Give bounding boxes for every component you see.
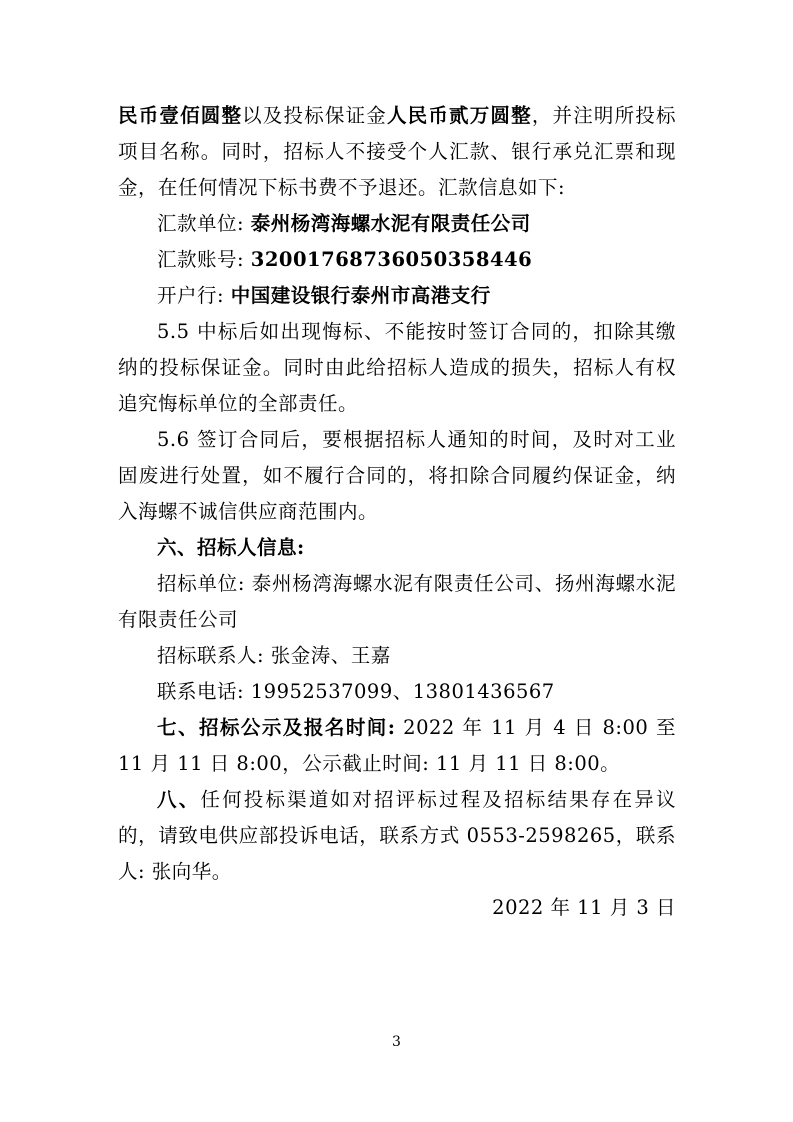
tender-contacts-text: 招标联系人: 张金涛、王嘉: [157, 644, 391, 667]
page-number: 3: [0, 1034, 793, 1050]
bank-value: 中国建设银行泰州市高港支行: [231, 284, 491, 307]
para-contact-phones: 联系电话: 19952537099、13801436567: [118, 674, 676, 710]
clause-5-5-text: 5.5 中标后如出现悔标、不能按时签订合同的，扣除其缴纳的投标保证金。同时由此给…: [118, 320, 676, 415]
clause-5-6-text: 5.6 签订合同后，要根据招标人通知的时间，及时对工业固废进行处置，如不履行合同…: [118, 428, 676, 523]
date-line: 2022 年 11 月 3 日: [118, 890, 676, 926]
bank-label: 开户行:: [157, 284, 231, 307]
document-page: 民币壹佰圆整以及投标保证金人民币贰万圆整，并注明所投标项目名称。同时，招标人不接…: [0, 0, 793, 1122]
para-tender-contacts: 招标联系人: 张金涛、王嘉: [118, 638, 676, 674]
section-7-heading-text: 七、招标公示及报名时间:: [157, 716, 395, 739]
remit-account-label: 汇款账号:: [157, 248, 251, 271]
contact-phones-text: 联系电话: 19952537099、13801436567: [157, 680, 555, 703]
section-6-heading-text: 六、招标人信息:: [157, 536, 305, 559]
bold-doc-fee-amount: 民币壹佰圆整: [118, 104, 242, 127]
para-tender-units: 招标单位: 泰州杨湾海螺水泥有限责任公司、扬州海螺水泥有限责任公司: [118, 566, 676, 638]
para-bank: 开户行: 中国建设银行泰州市高港支行: [118, 278, 676, 314]
para-clause-5-5: 5.5 中标后如出现悔标、不能按时签订合同的，扣除其缴纳的投标保证金。同时由此给…: [118, 314, 676, 422]
paragraph-payment-note: 民币壹佰圆整以及投标保证金人民币贰万圆整，并注明所投标项目名称。同时，招标人不接…: [118, 98, 676, 206]
remit-unit-label: 汇款单位:: [157, 212, 251, 235]
bold-bid-bond-amount: 人民币贰万圆整: [387, 104, 532, 127]
section-8-heading-text: 八、: [157, 788, 200, 811]
heading-section-6: 六、招标人信息:: [118, 530, 676, 566]
remit-account-value: 32001768736050358446: [251, 248, 532, 271]
text-segment: 以及投标保证金: [242, 104, 387, 127]
remit-unit-value: 泰州杨湾海螺水泥有限责任公司: [251, 212, 531, 235]
para-remit-account: 汇款账号: 32001768736050358446: [118, 242, 676, 278]
para-remit-unit: 汇款单位: 泰州杨湾海螺水泥有限责任公司: [118, 206, 676, 242]
section-8-text: 任何投标渠道如对招评标过程及招标结果存在异议的，请致电供应部投诉电话，联系方式 …: [118, 788, 676, 883]
para-clause-5-6: 5.6 签订合同后，要根据招标人通知的时间，及时对工业固废进行处置，如不履行合同…: [118, 422, 676, 530]
para-section-8: 八、任何投标渠道如对招评标过程及招标结果存在异议的，请致电供应部投诉电话，联系方…: [118, 782, 676, 890]
para-section-7: 七、招标公示及报名时间: 2022 年 11 月 4 日 8:00 至 11 月…: [118, 710, 676, 782]
document-body: 民币壹佰圆整以及投标保证金人民币贰万圆整，并注明所投标项目名称。同时，招标人不接…: [118, 98, 676, 926]
tender-units-text: 招标单位: 泰州杨湾海螺水泥有限责任公司、扬州海螺水泥有限责任公司: [118, 572, 676, 631]
